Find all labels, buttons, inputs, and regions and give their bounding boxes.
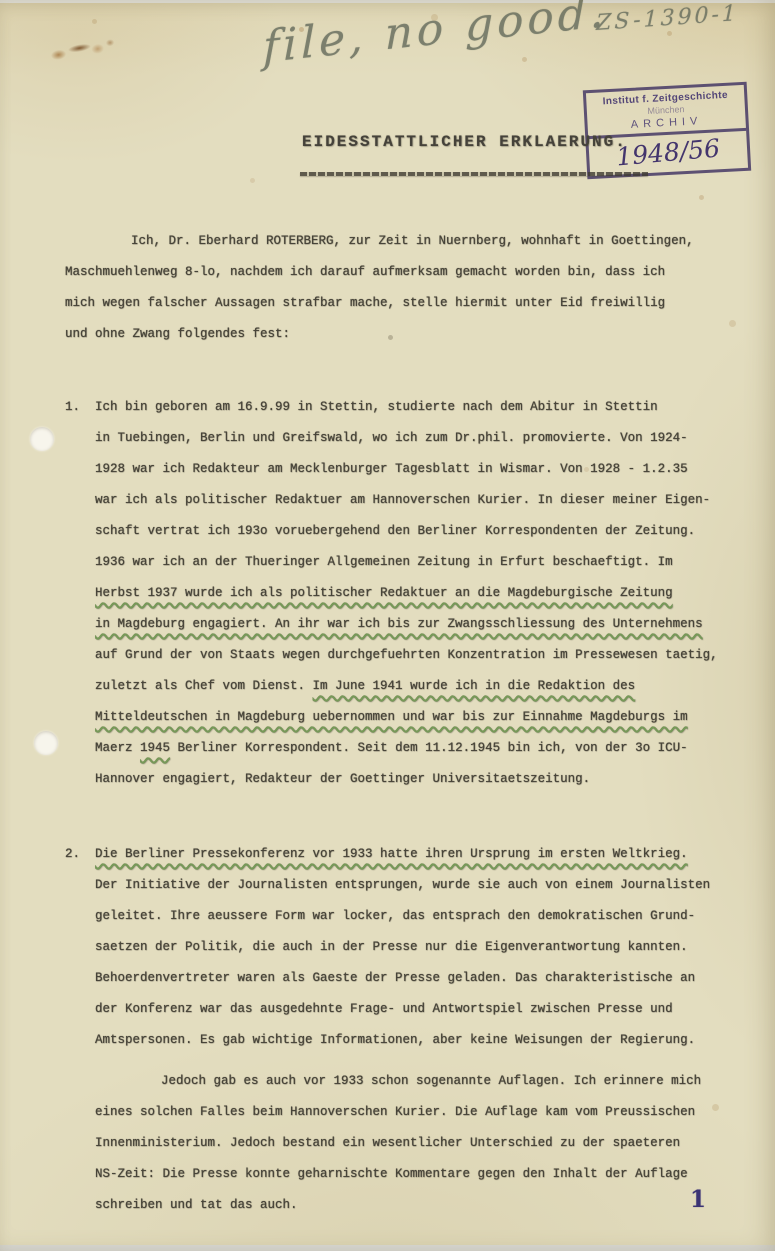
typewritten-text: Maerz: [95, 741, 140, 755]
green-pencil-underlined-text: Herbst 1937 wurde ich als politischer Re…: [95, 586, 673, 600]
scanner-edge-bottom: [0, 1245, 775, 1251]
typewritten-line: Hannover engagiert, Redakteur der Goetti…: [95, 764, 745, 795]
typewritten-text: in Tuebingen, Berlin und Greifswald, wo …: [95, 431, 688, 445]
typewritten-text: Ich, Dr. Eberhard ROTERBERG, zur Zeit in…: [131, 234, 694, 248]
handwritten-pencil-note: file, no good.: [263, 0, 608, 73]
typewritten-line: war ich als politischer Redaktuer am Han…: [95, 485, 745, 516]
typewritten-text: war ich als politischer Redaktuer am Han…: [95, 493, 710, 507]
scanner-edge-top: [0, 0, 775, 3]
typewritten-text: eines solchen Falles beim Hannoverschen …: [95, 1105, 695, 1119]
typewritten-line: Innenministerium. Jedoch bestand ein wes…: [95, 1128, 745, 1159]
typewritten-text: der Konferenz war das ausgedehnte Frage-…: [95, 1002, 673, 1016]
typewritten-line: saetzen der Politik, die auch in der Pre…: [95, 932, 745, 963]
scanned-document-page: file, no good. ZS-1390-1 Institut f. Zei…: [0, 0, 775, 1251]
typewritten-text: 1. Ich bin geboren am 16.9.99 in Stettin…: [65, 400, 658, 414]
hole-punch-top: [30, 427, 54, 451]
typewritten-line: eines solchen Falles beim Hannoverschen …: [95, 1097, 745, 1128]
typewritten-line: Jedoch gab es auch vor 1933 schon sogena…: [95, 1066, 745, 1097]
typewritten-text: und ohne Zwang folgendes fest:: [65, 327, 290, 341]
typewritten-line: Ich, Dr. Eberhard ROTERBERG, zur Zeit in…: [65, 226, 745, 257]
green-pencil-underlined-text: in Magdeburg engagiert. An ihr war ich b…: [95, 617, 703, 631]
typewritten-text: schreiben und tat das auch.: [95, 1198, 298, 1212]
typewritten-text: Amtspersonen. Es gab wichtige Informatio…: [95, 1033, 695, 1047]
typewritten-line: mich wegen falscher Aussagen strafbar ma…: [65, 288, 745, 319]
typewritten-line: 1936 war ich an der Thueringer Allgemein…: [95, 547, 745, 578]
typewritten-text: Der Initiative der Journalisten entsprun…: [95, 878, 710, 892]
typewritten-text: saetzen der Politik, die auch in der Pre…: [95, 940, 688, 954]
paragraph: Ich, Dr. Eberhard ROTERBERG, zur Zeit in…: [65, 226, 745, 350]
document-body: Ich, Dr. Eberhard ROTERBERG, zur Zeit in…: [0, 226, 775, 1221]
typewritten-text: Behoerdenvertreter waren als Gaeste der …: [95, 971, 695, 985]
typewritten-line: NS-Zeit: Die Presse konnte geharnischte …: [95, 1159, 745, 1190]
typewritten-text: Jedoch gab es auch vor 1933 schon sogena…: [161, 1074, 701, 1088]
typewritten-line: der Konferenz war das ausgedehnte Frage-…: [95, 994, 745, 1025]
typewritten-line: und ohne Zwang folgendes fest:: [65, 319, 745, 350]
typewritten-text: Hannover engagiert, Redakteur der Goetti…: [95, 772, 590, 786]
typewritten-line: schreiben und tat das auch.: [95, 1190, 745, 1221]
page-number-stamp: 1: [690, 1186, 706, 1213]
typewritten-line: 2. Die Berliner Pressekonferenz vor 1933…: [65, 839, 745, 870]
typewritten-line: Maerz 1945 Berliner Korrespondent. Seit …: [95, 733, 745, 764]
typewritten-text: 1936 war ich an der Thueringer Allgemein…: [95, 555, 673, 569]
typewritten-line: Herbst 1937 wurde ich als politischer Re…: [95, 578, 745, 609]
paragraph: Jedoch gab es auch vor 1933 schon sogena…: [95, 1066, 745, 1221]
typewritten-text: 2.: [65, 847, 95, 861]
typewritten-line: 1928 war ich Redakteur am Mecklenburger …: [95, 454, 745, 485]
typewritten-text: geleitet. Ihre aeussere Form war locker,…: [95, 909, 695, 923]
rust-staple-mark: [48, 28, 118, 69]
typewritten-line: zuletzt als Chef vom Dienst. Im June 194…: [95, 671, 745, 702]
typewritten-line: auf Grund der von Staats wegen durchgefu…: [95, 640, 745, 671]
green-pencil-underlined-text: Im June 1941 wurde ich in die Redaktion …: [313, 679, 636, 693]
hole-punch-bottom: [34, 731, 58, 755]
typewritten-line: 1. Ich bin geboren am 16.9.99 in Stettin…: [65, 392, 745, 423]
typewritten-text: 1928 war ich Redakteur am Mecklenburger …: [95, 462, 688, 476]
typewritten-text: zuletzt als Chef vom Dienst.: [95, 679, 313, 693]
paragraph: 2. Die Berliner Pressekonferenz vor 1933…: [95, 839, 745, 1056]
document-title: EIDESSTATTLICHER ERKLAERUNG.: [302, 133, 627, 151]
typewritten-line: geleitet. Ihre aeussere Form war locker,…: [95, 901, 745, 932]
typewritten-text: NS-Zeit: Die Presse konnte geharnischte …: [95, 1167, 688, 1181]
typewritten-line: in Tuebingen, Berlin und Greifswald, wo …: [95, 423, 745, 454]
typewritten-line: Der Initiative der Journalisten entsprun…: [95, 870, 745, 901]
paragraph: 1. Ich bin geboren am 16.9.99 in Stettin…: [95, 392, 745, 795]
typewritten-line: in Magdeburg engagiert. An ihr war ich b…: [95, 609, 745, 640]
typewritten-text: Innenministerium. Jedoch bestand ein wes…: [95, 1136, 680, 1150]
typewritten-text: Berliner Korrespondent. Seit dem 11.12.1…: [170, 741, 688, 755]
typewritten-line: Behoerdenvertreter waren als Gaeste der …: [95, 963, 745, 994]
typewritten-text: mich wegen falscher Aussagen strafbar ma…: [65, 296, 665, 310]
title-underline: [300, 172, 648, 176]
archive-stamp: Institut f. Zeitgeschichte München ARCHI…: [583, 82, 751, 179]
typewritten-line: Maschmuehlenweg 8-lo, nachdem ich darauf…: [65, 257, 745, 288]
archive-signature-handwritten: ZS-1390-1: [596, 1, 739, 36]
typewritten-text: schaft vertrat ich 193o voruebergehend d…: [95, 524, 695, 538]
green-pencil-underlined-text: Die Berliner Pressekonferenz vor 1933 ha…: [95, 847, 688, 861]
typewritten-text: Maschmuehlenweg 8-lo, nachdem ich darauf…: [65, 265, 665, 279]
typewritten-line: schaft vertrat ich 193o voruebergehend d…: [95, 516, 745, 547]
green-pencil-underlined-text: 1945: [140, 741, 170, 755]
paper-stain-speckles: [0, 0, 3, 3]
typewritten-line: Mitteldeutschen in Magdeburg uebernommen…: [95, 702, 745, 733]
typewritten-text: auf Grund der von Staats wegen durchgefu…: [95, 648, 718, 662]
green-pencil-underlined-text: Mitteldeutschen in Magdeburg uebernommen…: [95, 710, 688, 724]
typewritten-line: Amtspersonen. Es gab wichtige Informatio…: [95, 1025, 745, 1056]
